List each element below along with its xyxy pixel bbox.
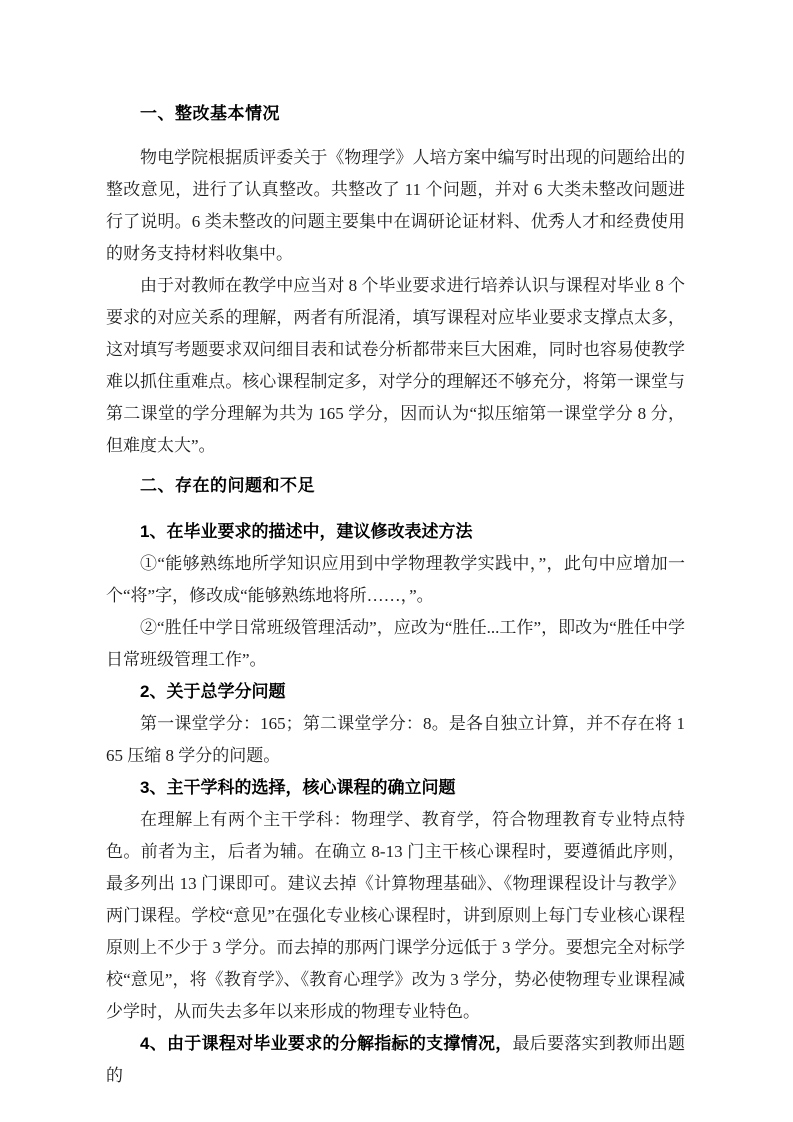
section-2-item-2-paragraph-1: 第一课堂学分：165；第二课堂学分：8。是各自独立计算，并不存在将 165 压缩… (106, 708, 685, 772)
section-2-item-1-paragraph-2: ②“胜任中学日常班级管理活动”，应改为“胜任...工作”，即改为“胜任中学日常班… (106, 612, 685, 676)
section-2-item-3-paragraph-1: 在理解上有两个主干学科：物理学、教育学，符合物理教育专业特点特色。前者为主，后者… (106, 804, 685, 1028)
page-number: 16 (390, 1038, 404, 1053)
section-1-heading: 一、整改基本情况 (106, 98, 685, 130)
section-2-heading: 二、存在的问题和不足 (106, 470, 685, 502)
section-2-item-2-heading: 2、关于总学分问题 (106, 676, 685, 708)
section-2-item-1-heading: 1、在毕业要求的描述中，建议修改表述方法 (106, 516, 685, 548)
section-1-paragraph-2: 由于对教师在教学中应当对 8 个毕业要求进行培养认识与课程对毕业 8 个要求的对… (106, 270, 685, 462)
page-footer: 16 (0, 1036, 793, 1056)
document-page: 一、整改基本情况 物电学院根据质评委关于《物理学》人培方案中编写时出现的问题给出… (0, 0, 793, 1122)
section-1-paragraph-1: 物电学院根据质评委关于《物理学》人培方案中编写时出现的问题给出的整改意见，进行了… (106, 142, 685, 270)
section-2-item-3-heading: 3、主干学科的选择，核心课程的确立问题 (106, 772, 685, 804)
section-2-item-1-paragraph-1: ①“能够熟练地所学知识应用到中学物理教学实践中，”，此句中应增加一个“将”字，修… (106, 548, 685, 612)
